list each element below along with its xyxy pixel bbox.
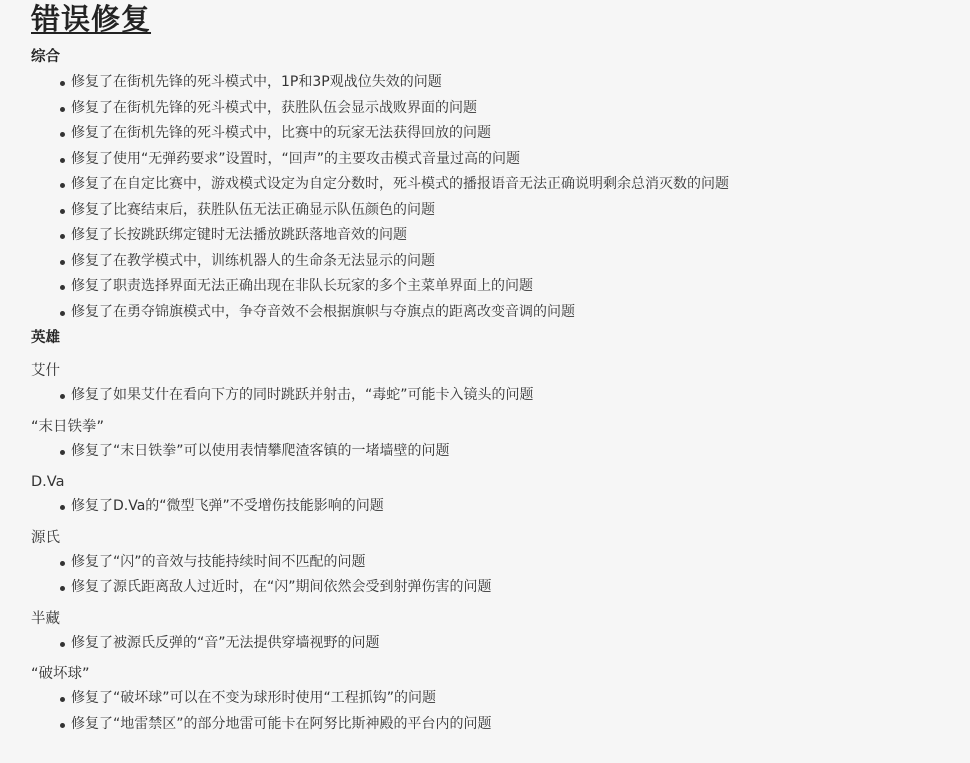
hero-block-ashe: 艾什 修复了如果艾什在看向下方的同时跳跃并射击，“毒蛇”可能卡入镜头的问题 <box>31 361 961 409</box>
bullet-icon <box>60 158 65 163</box>
list-item: 修复了职责选择界面无法正确出现在非队长玩家的多个主菜单界面上的问题 <box>60 274 961 300</box>
bullet-icon <box>60 450 65 455</box>
bullet-icon <box>60 132 65 137</box>
bullet-icon <box>60 107 65 112</box>
list-item: 修复了使用“无弹药要求”设置时，“回声”的主要攻击模式音量过高的问题 <box>60 147 961 173</box>
hero-fix-list: 修复了如果艾什在看向下方的同时跳跃并射击，“毒蛇”可能卡入镜头的问题 <box>31 383 961 409</box>
section-heroes: 英雄 艾什 修复了如果艾什在看向下方的同时跳跃并射击，“毒蛇”可能卡入镜头的问题… <box>31 328 961 737</box>
bullet-icon <box>60 394 65 399</box>
hero-block-dva: D.Va 修复了D.Va的“微型飞弹”不受增伤技能影响的问题 <box>31 472 961 520</box>
bullet-icon <box>60 697 65 702</box>
list-item-text: 修复了“破坏球”可以在不变为球形时使用“工程抓钩”的问题 <box>71 690 436 706</box>
bullet-icon <box>60 183 65 188</box>
list-item: 修复了“地雷禁区”的部分地雷可能卡在阿努比斯神殿的平台内的问题 <box>60 712 961 738</box>
general-fix-list: 修复了在街机先锋的死斗模式中，1P和3P观战位失效的问题 修复了在街机先锋的死斗… <box>31 70 961 325</box>
bullet-icon <box>60 505 65 510</box>
bullet-icon <box>60 81 65 86</box>
bullet-icon <box>60 561 65 566</box>
hero-fix-list: 修复了D.Va的“微型飞弹”不受增伤技能影响的问题 <box>31 494 961 520</box>
hero-block-genji: 源氏 修复了“闪”的音效与技能持续时间不匹配的问题 修复了源氏距离敌人过近时，在… <box>31 528 961 601</box>
list-item-text: 修复了如果艾什在看向下方的同时跳跃并射击，“毒蛇”可能卡入镜头的问题 <box>71 387 534 403</box>
page-title: 错误修复 <box>31 0 961 41</box>
section-heading-general: 综合 <box>31 47 961 70</box>
list-item-text: 修复了“末日铁拳”可以使用表情攀爬渣客镇的一堵墙壁的问题 <box>71 443 450 459</box>
list-item-text: 修复了D.Va的“微型飞弹”不受增伤技能影响的问题 <box>71 498 384 514</box>
list-item: 修复了比赛结束后，获胜队伍无法正确显示队伍颜色的问题 <box>60 198 961 224</box>
bullet-icon <box>60 586 65 591</box>
list-item: 修复了在自定比赛中，游戏模式设定为自定分数时，死斗模式的播报语音无法正确说明剩余… <box>60 172 961 198</box>
bullet-icon <box>60 642 65 647</box>
list-item-text: 修复了在勇夺锦旗模式中，争夺音效不会根据旗帜与夺旗点的距离改变音调的问题 <box>71 304 575 320</box>
bullet-icon <box>60 260 65 265</box>
list-item-text: 修复了在街机先锋的死斗模式中，比赛中的玩家无法获得回放的问题 <box>71 125 491 141</box>
list-item-text: 修复了“闪”的音效与技能持续时间不匹配的问题 <box>71 554 366 570</box>
list-item: 修复了在街机先锋的死斗模式中，获胜队伍会显示战败界面的问题 <box>60 96 961 122</box>
hero-name: 半藏 <box>31 609 961 629</box>
list-item: 修复了在勇夺锦旗模式中，争夺音效不会根据旗帜与夺旗点的距离改变音调的问题 <box>60 300 961 326</box>
list-item: 修复了长按跳跃绑定键时无法播放跳跃落地音效的问题 <box>60 223 961 249</box>
list-item-text: 修复了在教学模式中，训练机器人的生命条无法显示的问题 <box>71 253 435 269</box>
list-item-text: 修复了在街机先锋的死斗模式中，获胜队伍会显示战败界面的问题 <box>71 100 477 116</box>
bullet-icon <box>60 234 65 239</box>
list-item: 修复了源氏距离敌人过近时，在“闪”期间依然会受到射弹伤害的问题 <box>60 575 961 601</box>
list-item: 修复了在教学模式中，训练机器人的生命条无法显示的问题 <box>60 249 961 275</box>
list-item: 修复了“闪”的音效与技能持续时间不匹配的问题 <box>60 550 961 576</box>
hero-fix-list: 修复了被源氏反弹的“音”无法提供穿墙视野的问题 <box>31 631 961 657</box>
list-item-text: 修复了“地雷禁区”的部分地雷可能卡在阿努比斯神殿的平台内的问题 <box>71 716 492 732</box>
bullet-icon <box>60 209 65 214</box>
patch-notes-page: 错误修复 综合 修复了在街机先锋的死斗模式中，1P和3P观战位失效的问题 修复了… <box>31 0 961 737</box>
list-item-text: 修复了在自定比赛中，游戏模式设定为自定分数时，死斗模式的播报语音无法正确说明剩余… <box>71 176 729 192</box>
hero-name: “破坏球” <box>31 664 961 684</box>
hero-fix-list: 修复了“破坏球”可以在不变为球形时使用“工程抓钩”的问题 修复了“地雷禁区”的部… <box>31 686 961 737</box>
hero-name: “末日铁拳” <box>31 417 961 437</box>
hero-name: 源氏 <box>31 528 961 548</box>
list-item: 修复了如果艾什在看向下方的同时跳跃并射击，“毒蛇”可能卡入镜头的问题 <box>60 383 961 409</box>
list-item-text: 修复了长按跳跃绑定键时无法播放跳跃落地音效的问题 <box>71 227 407 243</box>
list-item: 修复了D.Va的“微型飞弹”不受增伤技能影响的问题 <box>60 494 961 520</box>
list-item: 修复了在街机先锋的死斗模式中，比赛中的玩家无法获得回放的问题 <box>60 121 961 147</box>
list-item: 修复了被源氏反弹的“音”无法提供穿墙视野的问题 <box>60 631 961 657</box>
list-item-text: 修复了被源氏反弹的“音”无法提供穿墙视野的问题 <box>71 635 380 651</box>
hero-name: 艾什 <box>31 361 961 381</box>
section-heading-heroes: 英雄 <box>31 328 961 360</box>
list-item: 修复了“末日铁拳”可以使用表情攀爬渣客镇的一堵墙壁的问题 <box>60 439 961 465</box>
list-item-text: 修复了在街机先锋的死斗模式中，1P和3P观战位失效的问题 <box>71 74 442 90</box>
hero-fix-list: 修复了“末日铁拳”可以使用表情攀爬渣客镇的一堵墙壁的问题 <box>31 439 961 465</box>
bullet-icon <box>60 723 65 728</box>
hero-block-doomfist: “末日铁拳” 修复了“末日铁拳”可以使用表情攀爬渣客镇的一堵墙壁的问题 <box>31 417 961 465</box>
list-item-text: 修复了使用“无弹药要求”设置时，“回声”的主要攻击模式音量过高的问题 <box>71 151 520 167</box>
bullet-icon <box>60 311 65 316</box>
list-item-text: 修复了比赛结束后，获胜队伍无法正确显示队伍颜色的问题 <box>71 202 435 218</box>
hero-block-hanzo: 半藏 修复了被源氏反弹的“音”无法提供穿墙视野的问题 <box>31 609 961 657</box>
list-item-text: 修复了职责选择界面无法正确出现在非队长玩家的多个主菜单界面上的问题 <box>71 278 533 294</box>
list-item: 修复了在街机先锋的死斗模式中，1P和3P观战位失效的问题 <box>60 70 961 96</box>
hero-fix-list: 修复了“闪”的音效与技能持续时间不匹配的问题 修复了源氏距离敌人过近时，在“闪”… <box>31 550 961 601</box>
hero-block-wrecking-ball: “破坏球” 修复了“破坏球”可以在不变为球形时使用“工程抓钩”的问题 修复了“地… <box>31 664 961 737</box>
section-general: 综合 修复了在街机先锋的死斗模式中，1P和3P观战位失效的问题 修复了在街机先锋… <box>31 47 961 325</box>
hero-name: D.Va <box>31 472 961 492</box>
list-item: 修复了“破坏球”可以在不变为球形时使用“工程抓钩”的问题 <box>60 686 961 712</box>
bullet-icon <box>60 285 65 290</box>
list-item-text: 修复了源氏距离敌人过近时，在“闪”期间依然会受到射弹伤害的问题 <box>71 579 492 595</box>
